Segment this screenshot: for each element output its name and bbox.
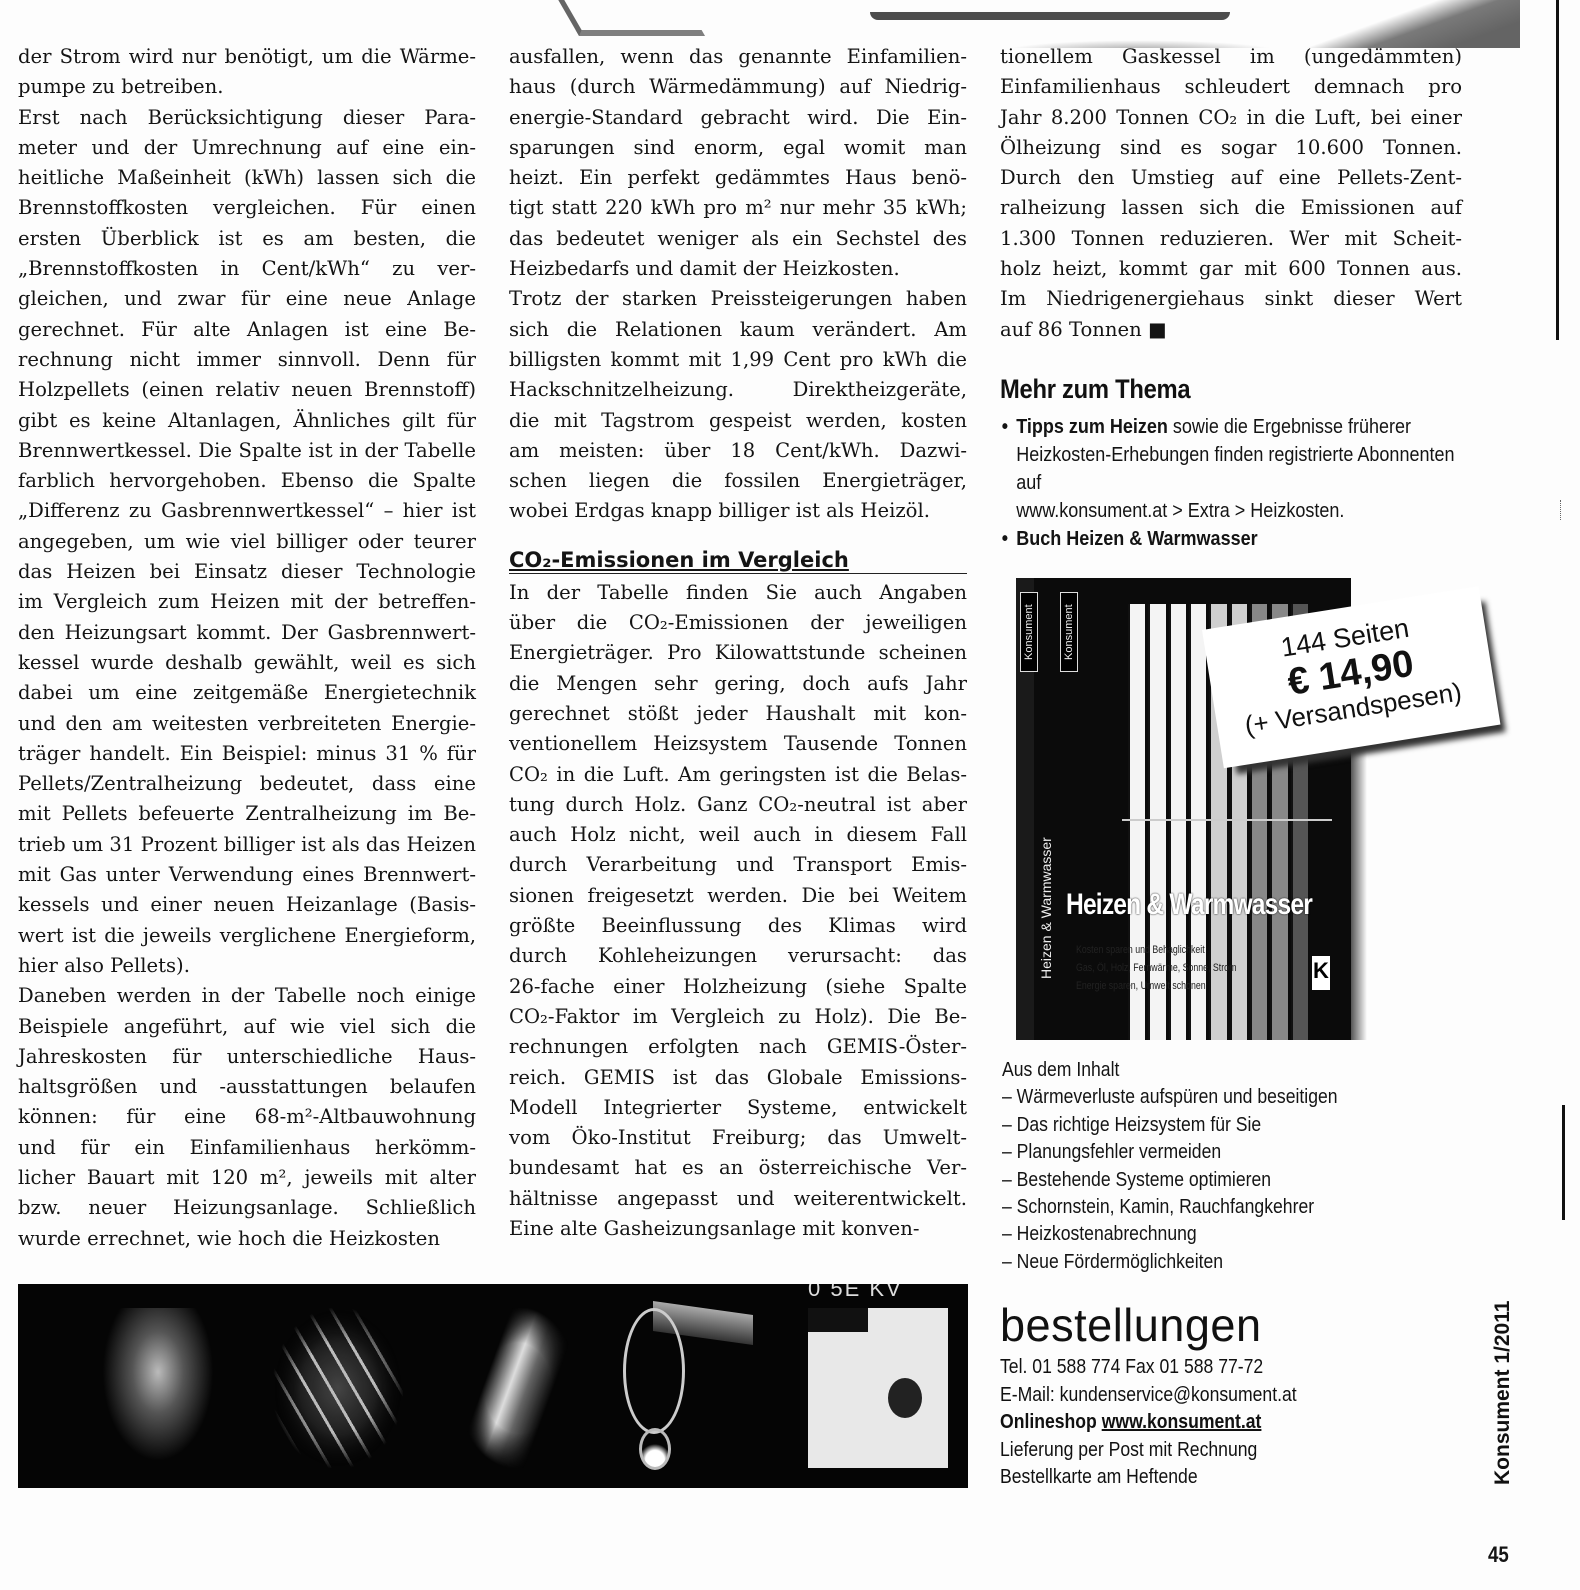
text-line: meter und der Umrechnung auf eine ein- [18,133,476,163]
margin-mark [1560,500,1575,520]
text-line: über die CO₂-Emissionen der jeweiligen [509,608,967,638]
book-spine-title: Heizen & Warmwasser [1038,798,1062,1018]
cover-subtitle: Kosten sparen und Behaglichkeit [1076,944,1205,956]
text-line: tionellem Gaskessel im (ungedämmten) [1000,42,1462,72]
text-line: am meisten: über 18 Cent/kWh. Dazwi- [509,436,967,466]
text-line: Eine alte Gasheizungsanlage mit konven- [509,1214,967,1244]
text-line: durch Verarbeitung und Transport Emis- [509,850,967,880]
text-line: haltsgrößen und -ausstattungen belaufen [18,1072,476,1102]
photo-flame [458,1308,578,1468]
contents-item: Neue Fördermöglichkeiten [1002,1249,1338,1276]
text-line: durch Kohleheizungen verursacht: das [509,941,967,971]
text-line: tung durch Holz. Ganz CO₂-neutral ist ab… [509,790,967,820]
text-line: Brennstoffkosten vergleichen. Für einen [18,193,476,223]
text-line: die mit Tagstrom gespeist werden, kosten [509,406,967,436]
book-title: Buch Heizen & Warmwasser [1016,528,1257,550]
brand-logo: Konsument [1020,592,1038,672]
text-line: „Differenz zu Gasbrennwertkessel“ – hier… [18,496,476,526]
photo-logs [98,1308,218,1468]
text-line: gerechnet. Für alte Anlagen ist eine Be- [18,315,476,345]
book-cover-title: Heizen & Warmwasser [1066,888,1312,922]
book-contents: Aus dem Inhalt Wärmeverluste aufspüren u… [1002,1057,1338,1276]
text-line: Daneben werden in der Tabelle noch einig… [18,981,476,1011]
text-line: Hackschnitzelheizung. Direktheizgeräte, [509,375,967,405]
text-line: ersten Überblick ist es am besten, die [18,224,476,254]
more-on-topic-box: Mehr zum Thema Tipps zum Heizen sowie di… [1000,374,1470,553]
text-line: rechnungen erfolgten nach GEMIS-Öster- [509,1032,967,1062]
text-line: die Mengen sehr gering, doch aufs Jahr [509,669,967,699]
text-line: licher Bauart mit 120 m², jeweils mit al… [18,1163,476,1193]
text-line: und den am weitesten verbreiteten Energi… [18,709,476,739]
top-scan-artifact [0,0,1580,48]
text-line: Ölheizung sind es sogar 10.600 Tonnen. [1000,133,1462,163]
text-line: holz heizt, kommt gar mit 600 Tonnen aus… [1000,254,1462,284]
contents-item: Bestehende Systeme optimieren [1002,1167,1338,1194]
text-line: mit Gas unter Verwendung eines Brennwert… [18,860,476,890]
article-column-1: der Strom wird nur benötigt, um die Wärm… [18,42,476,1254]
tip-link[interactable]: www.konsument.at > Extra > Heizkosten. [1016,497,1484,525]
margin-rule [1556,0,1559,340]
text-line: dabei um eine zeitgemäße Energietechnik [18,678,476,708]
heating-fuels-photo-strip: 0 5E KV [18,1284,968,1488]
text-line: sich die Relationen kaum verändert. Am [509,315,967,345]
issue-label: Konsument 1/2011 [1490,1305,1516,1485]
text-line: mit Pellets befeuerte Zentralheizung im … [18,799,476,829]
text-line: den Heizungsart kommt. Der Gasbrennwert- [18,618,476,648]
text-line: Holzpellets (einen relativ neuen Brennst… [18,375,476,405]
text-line: ralheizung lassen sich die Emissionen au… [1000,193,1462,223]
text-line: bundesamt hat es an österreichische Ver- [509,1153,967,1183]
text-line: kessel wurde deshalb gewählt, weil es si… [18,648,476,678]
text-line: träger handelt. Ein Beispiel: minus 31 %… [18,739,476,769]
text-line: gleichen, und zwar für eine neue Anlage [18,284,476,314]
text-line: hier also Pellets). [18,951,476,981]
text-line: Jahreskosten für unterschiedliche Haus- [18,1042,476,1072]
text-line: Energieträger. Pro Kilowattstunde schein… [509,638,967,668]
text-line: In der Tabelle finden Sie auch Angaben [509,578,967,608]
text-line: im Vergleich zum Heizen mit der betreffe… [18,587,476,617]
text-line: pumpe zu betreiben. [18,72,476,102]
text-line: CO₂ in die Luft. Am geringsten ist die B… [509,760,967,790]
text-line: können: für eine 68-m²-Altbauwohnung [18,1102,476,1132]
onlineshop-link[interactable]: www.konsument.at [1102,1411,1262,1433]
book-item: Buch Heizen & Warmwasser [1000,525,1484,553]
contents-heading: Aus dem Inhalt [1002,1057,1338,1084]
text-line: ausfallen, wenn das genannte Einfamilien… [509,42,967,72]
text-line: das Heizen bei Einsatz dieser Technologi… [18,557,476,587]
text-line: wobei Erdgas knapp billiger ist als Heiz… [509,496,967,526]
text-line: vom Öko-Institut Freiburg; das Umwelt- [509,1123,967,1153]
photo-wood-chips [273,1308,403,1468]
text-line: Durch den Umstieg auf eine Pellets-Zent- [1000,163,1462,193]
text-line: billigsten kommt mit 1,99 Cent pro kWh d… [509,345,967,375]
text-line: Erst nach Berücksichtigung dieser Para- [18,103,476,133]
onlineshop-label: Onlineshop [1000,1411,1097,1433]
text-line: „Brennstoffkosten in Cent/kWh“ zu ver- [18,254,476,284]
text-line: Brennwertkessel. Die Spalte ist in der T… [18,436,476,466]
cover-subtitle: Energie sparen, Umwelt schonen [1076,980,1206,992]
page-number: 45 [1488,1542,1509,1568]
tip-bold: Tipps zum Heizen [1016,416,1168,438]
text-line: reich. GEMIS ist das Globale Emissions- [509,1063,967,1093]
text-line: bzw. neuer Heizungsanlage. Schließlich [18,1193,476,1223]
text-line: Beispiele angeführt, auf wie viel sich d… [18,1012,476,1042]
margin-rule [1562,1105,1565,1220]
text-line: heitliche Maßeinheit (kWh) lassen sich d… [18,163,476,193]
text-line: trieb um 31 Prozent billiger ist als das… [18,830,476,860]
text-line: heizt. Ein perfekt gedämmtes Haus benö- [509,163,967,193]
brand-logo: Konsument [1060,592,1078,672]
contents-item: Wärmeverluste aufspüren und beseitigen [1002,1084,1338,1111]
text-line: Einfamilienhaus schleudert demnach pro [1000,72,1462,102]
photo-electric-meter: 0 5E KV [808,1308,948,1468]
contents-item: Planungsfehler vermeiden [1002,1139,1338,1166]
orders-title: bestellungen [1000,1296,1549,1354]
text-line: haus (durch Wärmedämmung) auf Niedrig- [509,72,967,102]
orders-box: bestellungen Tel. 01 588 774 Fax 01 588 … [1000,1296,1560,1492]
text-line: tigt statt 220 kWh pro m² nur mehr 35 kW… [509,193,967,223]
article-column-2: ausfallen, wenn das genannte Einfamilien… [509,42,967,1244]
phone-fax: Tel. 01 588 774 Fax 01 588 77-72 [1000,1354,1493,1382]
text-line: der Strom wird nur benötigt, um die Wärm… [18,42,476,72]
order-card-note: Bestellkarte am Heftende [1000,1464,1493,1492]
text-line: CO₂-Faktor im Vergleich zu Holz). Die Be… [509,1002,967,1032]
article-column-3: tionellem Gaskessel im (ungedämmten)Einf… [1000,42,1462,345]
tip-item: Tipps zum Heizen sowie die Ergebnisse fr… [1000,413,1484,525]
email[interactable]: E-Mail: kundenservice@konsument.at [1000,1382,1493,1410]
text-line: und für ein Einfamilienhaus herkömm- [18,1133,476,1163]
text-line: auf 86 Tonnen ■ [1000,315,1462,345]
contents-item: Heizkostenabrechnung [1002,1221,1338,1248]
contents-item: Schornstein, Kamin, Rauchfangkehrer [1002,1194,1338,1221]
text-line: gerechnet stößt jeder Haushalt mit kon- [509,699,967,729]
text-line: Im Niedrigenergiehaus sinkt dieser Wert [1000,284,1462,314]
text-line: wert ist die jeweils verglichene Energie… [18,921,476,951]
text-line: größte Beeinflussung des Klimas wird [509,911,967,941]
more-on-topic-heading: Mehr zum Thema [1000,374,1414,405]
text-line: auch Holz nicht, weil auch in diesem Fal… [509,820,967,850]
text-line: hältnisse angepasst und weiterentwickelt… [509,1184,967,1214]
text-line: Modell Integrierter Systeme, entwickelt [509,1093,967,1123]
text-line: farblich hervorgehoben. Ebenso die Spalt… [18,466,476,496]
text-line: Heizbedarfs und damit der Heizkosten. [509,254,967,284]
onlineshop-line: Onlineshop www.konsument.at [1000,1409,1493,1437]
text-line: Jahr 8.200 Tonnen CO₂ in die Luft, bei e… [1000,103,1462,133]
text-line: rechnung nicht immer sinnvoll. Denn für [18,345,476,375]
meter-display: 0 5E KV [808,1284,948,1306]
text-line: 26-fache einer Holzheizung (siehe Spalte [509,972,967,1002]
contents-item: Das richtige Heizsystem für Sie [1002,1112,1338,1139]
text-line: Pellets/Zentralheizung bedeutet, dass ei… [18,769,476,799]
text-line: Trotz der starken Preissteigerungen habe… [509,284,967,314]
text-line: energie-Standard gebracht wird. Die Ein- [509,103,967,133]
text-line: kessels und einer neuen Heizanlage (Basi… [18,890,476,920]
section-heading-co2: CO₂-Emissionen im Vergleich [509,547,967,574]
text-line: sionen freigesetzt werden. Die bei Weite… [509,881,967,911]
text-line: sparungen sind enorm, egal womit man [509,133,967,163]
text-line: schen liegen die fossilen Energieträger, [509,466,967,496]
text-line: gibt es keine Altanlagen, Ähnliches gilt… [18,406,476,436]
text-line: angegeben, um wie viel billiger oder teu… [18,527,476,557]
photo-oil-drop [623,1308,763,1468]
publisher-logo: K [1312,956,1330,990]
delivery-note: Lieferung per Post mit Rechnung [1000,1437,1493,1465]
cover-subtitle: Gas, Öl, Holz, Fernwärme, Sonne, Strom [1076,962,1236,974]
text-line: wurde errechnet, wie hoch die Heizkosten [18,1224,476,1254]
text-line: 1.300 Tonnen reduzieren. Wer mit Scheit- [1000,224,1462,254]
text-line: ventionellem Heizsystem Tausende Tonnen [509,729,967,759]
text-line: das bedeutet weniger als ein Sechstel de… [509,224,967,254]
